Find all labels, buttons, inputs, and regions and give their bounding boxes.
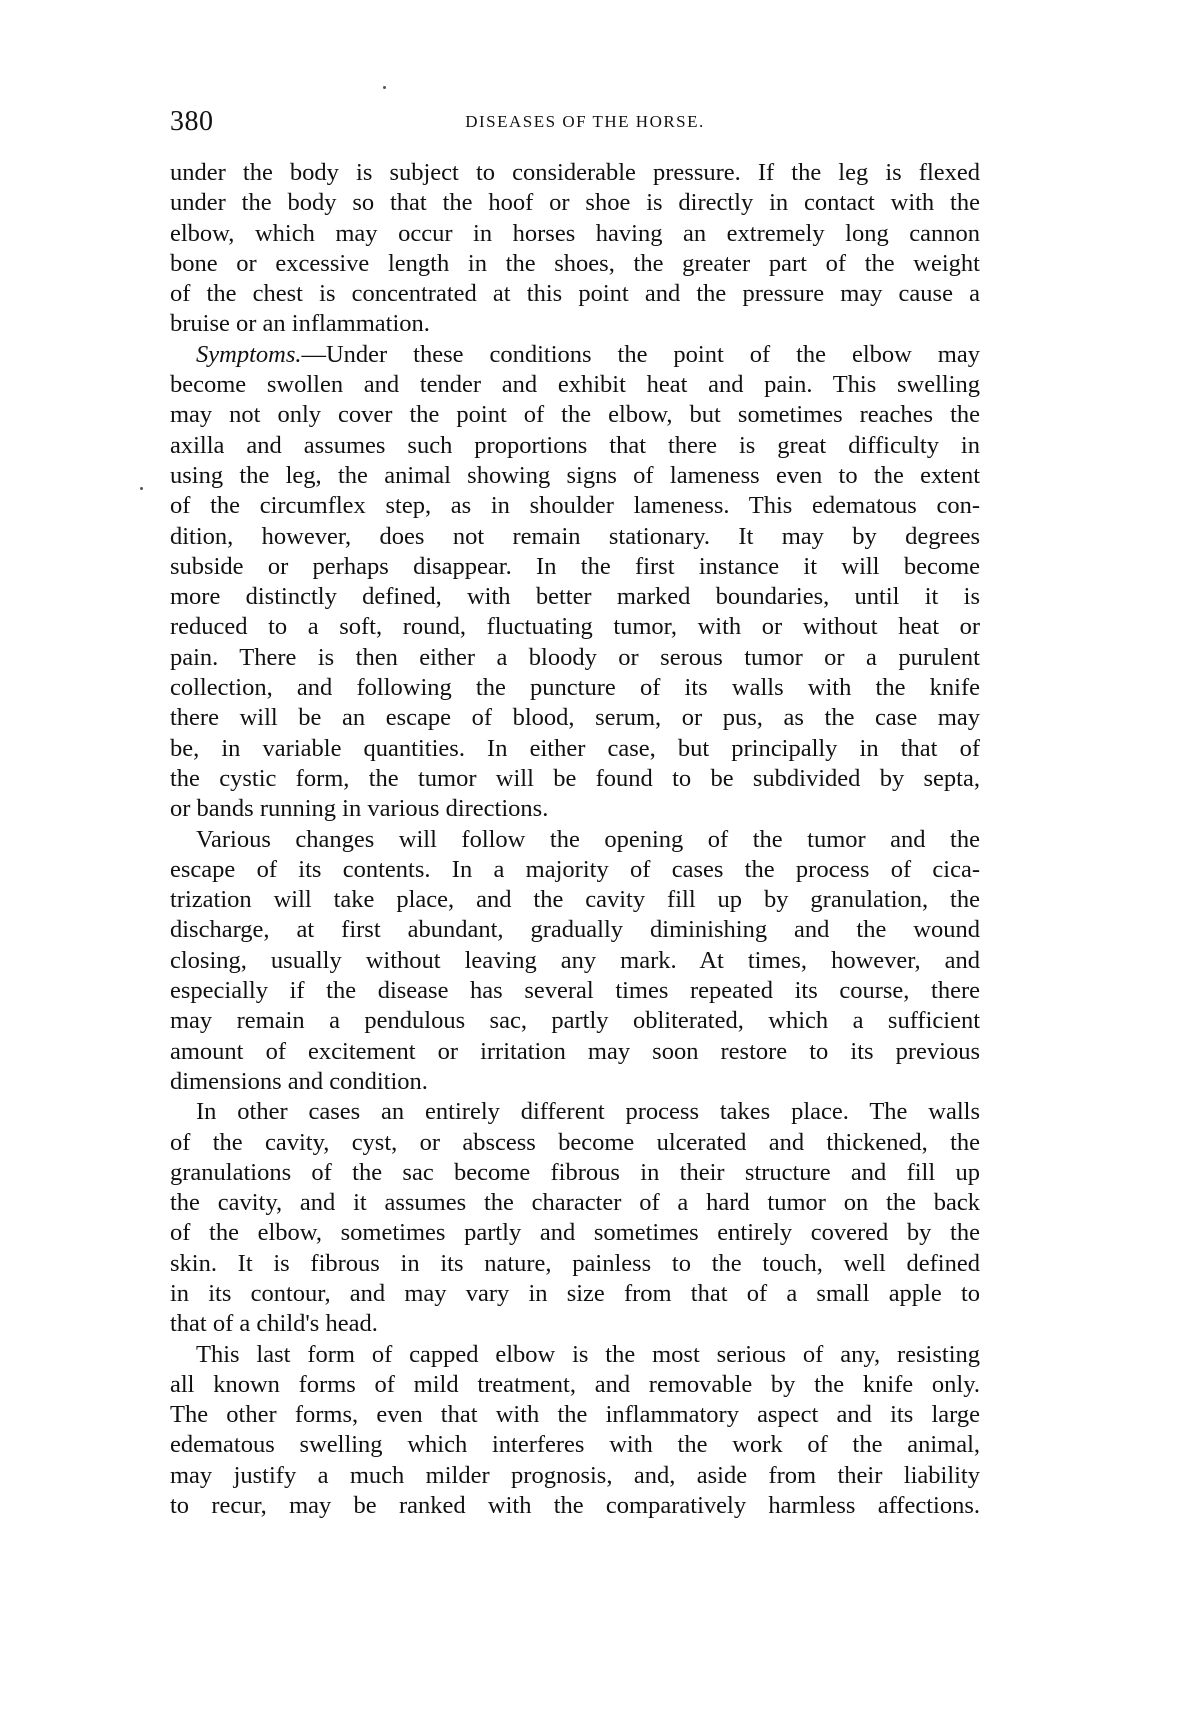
text-line: in its contour, and may vary in size fro… xyxy=(170,1279,980,1309)
text-line: or bands running in various directions. xyxy=(170,794,980,824)
text-line: bruise or an inflammation. xyxy=(170,309,980,339)
text-line: The other forms, even that with the infl… xyxy=(170,1400,980,1430)
text-line: discharge, at first abundant, gradually … xyxy=(170,915,980,945)
text-line: bone or excessive length in the shoes, t… xyxy=(170,249,980,279)
section-lead-symptoms: Symptoms. xyxy=(196,341,301,368)
text-line: reduced to a soft, round, fluctuating tu… xyxy=(170,612,980,642)
text-line: In other cases an entirely different pro… xyxy=(170,1097,980,1127)
text-line: subside or perhaps disappear. In the fir… xyxy=(170,552,980,582)
text-line: using the leg, the animal showing signs … xyxy=(170,461,980,491)
text-line: of the circumflex step, as in shoulder l… xyxy=(170,491,980,521)
text-line: escape of its contents. In a majority of… xyxy=(170,855,980,885)
text-line: granulations of the sac become fibrous i… xyxy=(170,1158,980,1188)
text-line: of the chest is concentrated at this poi… xyxy=(170,279,980,309)
running-head: 380 DISEASES OF THE HORSE. xyxy=(170,106,980,146)
text-line: trization will take place, and the cavit… xyxy=(170,885,980,915)
text-line: all known forms of mild treatment, and r… xyxy=(170,1370,980,1400)
running-title: DISEASES OF THE HORSE. xyxy=(170,112,980,132)
text-line: amount of excitement or irritation may s… xyxy=(170,1037,980,1067)
text-line: especially if the disease has several ti… xyxy=(170,976,980,1006)
paragraph-4: In other cases an entirely different pro… xyxy=(170,1097,980,1339)
text-line: under the body so that the hoof or shoe … xyxy=(170,188,980,218)
text-line: axilla and assumes such proportions that… xyxy=(170,431,980,461)
text-line: Symptoms.—Under these conditions the poi… xyxy=(170,340,980,370)
text-line: the cavity, and it assumes the character… xyxy=(170,1188,980,1218)
scan-speck xyxy=(383,86,386,89)
text-line: be, in variable quantities. In either ca… xyxy=(170,734,980,764)
text-line: become swollen and tender and exhibit he… xyxy=(170,370,980,400)
paragraph-5: This last form of capped elbow is the mo… xyxy=(170,1340,980,1522)
text-line: dimensions and condition. xyxy=(170,1067,980,1097)
text-line: This last form of capped elbow is the mo… xyxy=(170,1340,980,1370)
body-text: under the body is subject to considerabl… xyxy=(170,158,980,1521)
text-line: the cystic form, the tumor will be found… xyxy=(170,764,980,794)
text-line: pain. There is then either a bloody or s… xyxy=(170,643,980,673)
text-line: may justify a much milder prognosis, and… xyxy=(170,1461,980,1491)
text-line: of the cavity, cyst, or abscess become u… xyxy=(170,1128,980,1158)
text-line: elbow, which may occur in horses having … xyxy=(170,219,980,249)
text-line: of the elbow, sometimes partly and somet… xyxy=(170,1218,980,1248)
text-line: under the body is subject to considerabl… xyxy=(170,158,980,188)
text-line: dition, however, does not remain station… xyxy=(170,522,980,552)
text-line: skin. It is fibrous in its nature, painl… xyxy=(170,1249,980,1279)
text-line: may remain a pendulous sac, partly oblit… xyxy=(170,1006,980,1036)
text-line: more distinctly defined, with better mar… xyxy=(170,582,980,612)
paragraph-symptoms: Symptoms.—Under these conditions the poi… xyxy=(170,340,980,825)
text-line: edematous swelling which interferes with… xyxy=(170,1430,980,1460)
scan-speck xyxy=(140,487,143,490)
paragraph-3: Various changes will follow the opening … xyxy=(170,825,980,1098)
text-line: may not only cover the point of the elbo… xyxy=(170,400,980,430)
text-line: that of a child's head. xyxy=(170,1309,980,1339)
text-line: closing, usually without leaving any mar… xyxy=(170,946,980,976)
book-page: 380 DISEASES OF THE HORSE. under the bod… xyxy=(0,0,1200,1724)
text-line: Various changes will follow the opening … xyxy=(170,825,980,855)
lead-text: —Under these conditions the point of the… xyxy=(301,341,980,368)
text-line: to recur, may be ranked with the compara… xyxy=(170,1491,980,1521)
text-line: there will be an escape of blood, serum,… xyxy=(170,703,980,733)
text-line: collection, and following the puncture o… xyxy=(170,673,980,703)
paragraph-1: under the body is subject to considerabl… xyxy=(170,158,980,340)
